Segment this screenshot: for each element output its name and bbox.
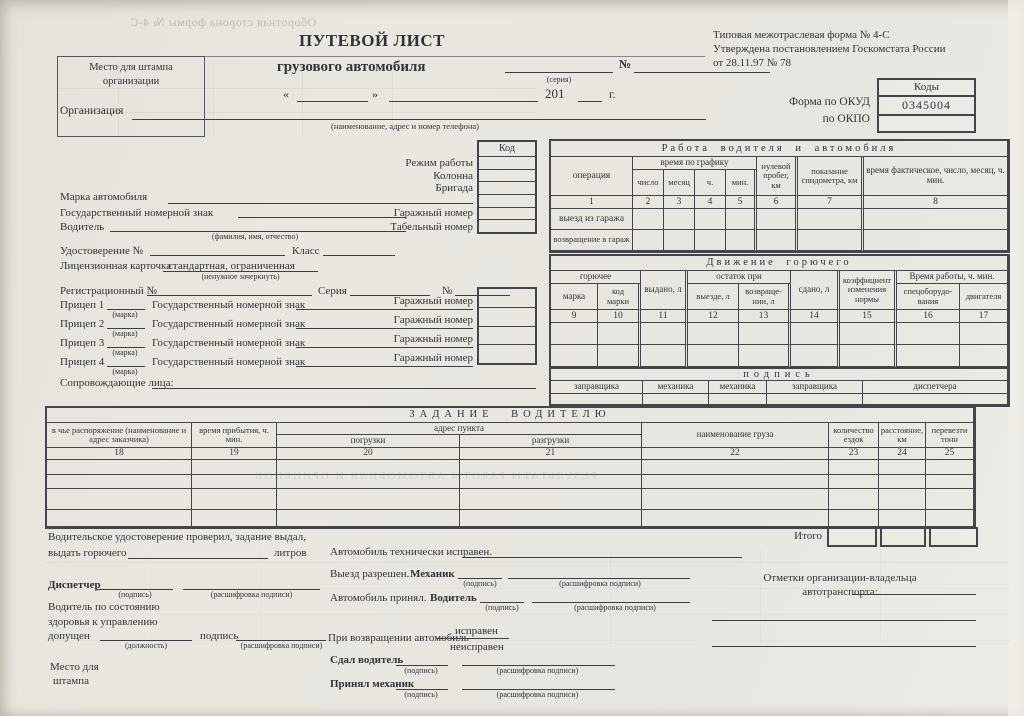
col-day: число [633,170,664,196]
code-cell [479,170,535,183]
trailer-4-label: Прицеп 4 [60,356,104,369]
license-checked-label: Водительское удостоверение проверил, зад… [48,531,306,544]
empty-cell [879,510,926,527]
bleed-gridline [610,548,611,644]
empty-cell [47,475,192,489]
handed-label: Сдал водитель [330,654,403,667]
signature-word: подпись [200,630,238,643]
col-brand: марка [551,284,598,310]
col-num: 1 [551,196,633,209]
code-cell [479,345,535,363]
health-line1: Водитель по состоянию [48,601,160,614]
work-table-title: Работа водителя и автомобиля [551,141,1008,157]
col-num: 6 [757,196,798,209]
empty-cell [960,345,1008,367]
col-arrival-time: время прибытия, ч. мин. [192,423,277,448]
col-schedule-time: время по графику [633,157,757,170]
col-address: адрес пункта [277,423,642,435]
code-cell [479,182,535,195]
strike-note: (ненужное зачеркнуть) [163,273,318,282]
signatures-block: подпись заправщика механика механика зап… [549,367,1010,407]
work-mode-label: Режим работы [370,157,473,170]
okpo-label: по ОКПО [735,113,870,126]
sign-note: (подпись) [385,667,457,676]
col-actual-time: время фактическое, число, месяц, ч. мин. [864,157,1008,196]
quote-open: « [283,88,289,102]
empty-cell [926,489,974,510]
bleed-gridline [45,614,1010,615]
trailer-3-label: Прицеп 3 [60,337,104,350]
strike-line [437,638,509,639]
empty-cell [47,510,192,527]
col-num: 15 [840,310,897,323]
empty-cell [897,323,960,345]
empty-cell [757,209,798,230]
col-num: 8 [864,196,1008,209]
sign-label-mechanic: механика [643,381,709,394]
empty-cell [460,489,642,510]
organization-note: (наименование, адрес и номер телефона) [280,122,530,131]
empty-cell [739,345,791,367]
col-num: 16 [897,310,960,323]
column-label: Колонна [370,170,473,183]
trailer-make-note: (марка) [98,330,152,339]
driver-accept-label: Водитель [430,592,477,605]
col-num: 5 [726,196,757,209]
empty-cell [829,489,879,510]
series-note: (серия) [505,76,613,85]
blank-line-year [578,101,602,102]
empty-cell [926,475,974,489]
sign-decode-note: (расшифровка подписи) [224,642,339,651]
empty-cell [840,323,897,345]
code-box: Код [477,140,537,234]
sign-note: (подпись) [470,604,534,613]
code-cell [479,157,535,170]
trailer-plate-label: Государственный номерной знак [152,337,305,350]
blank-line-escort [152,388,536,389]
col-num: 24 [879,448,926,460]
trailer-make-note: (марка) [98,311,152,320]
blank-line-series [505,72,613,73]
empty-cell [879,489,926,510]
code-cell [479,220,535,232]
quote-close: » [372,88,378,102]
class-label: Класс [292,245,319,258]
trailer-plate-label: Государственный номерной знак [152,299,305,312]
total-label: Итого [747,530,822,543]
empty-cell [642,489,829,510]
blank-line-trailer-plate [296,328,473,329]
sign-decode-note: (расшифровка подписи) [465,667,610,676]
header-rule [205,56,705,57]
organization-label: Организация [60,105,123,118]
blank-line-organization [132,119,706,120]
codes-box: Коды 0345004 [877,78,976,133]
empty-cell [767,394,863,405]
col-num: 12 [688,310,739,323]
position-note: (должность) [100,642,192,651]
col-at-return: возвраще- нии, л [739,284,791,310]
blank-line-tech-ok [462,557,742,558]
col-engine: двигателя [960,284,1008,310]
blank-line-day [297,101,368,102]
fuel-table: Движение горючего горючее выдано, л оста… [549,254,1010,369]
col-num: 10 [598,310,641,323]
col-num: 7 [798,196,864,209]
col-num: 13 [739,310,791,323]
empty-cell [664,209,695,230]
trailer-make-note: (марка) [98,368,152,377]
col-num: 14 [791,310,840,323]
stamp-place-line1: Место для штампа [58,62,204,74]
empty-cell [277,510,460,527]
col-fuel: горючее [551,271,641,284]
okpo-value-empty [879,116,974,131]
trailer-make-note: (марка) [98,349,152,358]
empty-cell [798,230,864,251]
number-sign: № [619,58,631,72]
empty-cell [829,475,879,489]
col-work-time: Время работы, ч. мин. [897,271,1008,284]
col-cargo-name: наименование груза [642,423,829,448]
empty-cell [641,345,688,367]
empty-cell [688,323,739,345]
sign-label-fueler: заправщика [551,381,643,394]
task-table: ЗАДАНИЕ ВОДИТЕЛЮ в чье распоряжение (наи… [45,406,976,529]
col-loading: погрузки [277,435,460,448]
trailer-2-label: Прицеп 2 [60,318,104,331]
total-tons-box [929,527,978,547]
blank-line-trailer-plate [296,366,473,367]
empty-cell [791,323,840,345]
car-accepted-label: Автомобиль принял. [330,592,426,605]
driver-fio-note: (фамилия, имя, отчество) [175,233,335,242]
col-month: месяц [664,170,695,196]
blank-line-registration [147,295,312,296]
registration-label: Регистрационный № [60,285,157,298]
empty-cell [726,209,757,230]
code-box-header: Код [479,142,535,157]
sign-label-mechanic: механика [709,381,767,394]
code-cell [479,289,535,308]
sign-note: (подпись) [97,591,173,600]
empty-cell [551,323,598,345]
empty-cell [897,345,960,367]
empty-cell [642,510,829,527]
okud-label: Форма по ОКУД [735,96,870,109]
okud-value: 0345004 [879,97,974,116]
driver-label: Водитель [60,221,104,234]
empty-cell [460,475,642,489]
form-title: ПУТЕВОЙ ЛИСТ [262,31,482,51]
sign-label-dispatcher: диспетчера [863,381,1008,394]
trailer-1-label: Прицеп 1 [60,299,104,312]
sign-decode-note: (расшифровка подписи) [465,691,610,700]
empty-cell [960,323,1008,345]
dispatcher-label: Диспетчер [48,579,101,592]
scan-edge [1008,0,1024,716]
empty-cell [757,230,798,251]
work-table: Работа водителя и автомобиля операция вр… [549,139,1010,253]
trailer-plate-label: Государственный номерной знак [152,318,305,331]
personnel-number-label: Табельный номер [370,221,473,234]
col-num: 11 [641,310,688,323]
col-num: 17 [960,310,1008,323]
empty-cell [695,230,726,251]
empty-cell [460,460,642,475]
col-num: 19 [192,448,277,460]
empty-cell [551,394,643,405]
col-num: 22 [642,448,829,460]
trailer-garage-label: Гаражный номер [370,333,473,346]
stamp-place-line2: организации [58,76,204,88]
empty-cell [791,345,840,367]
empty-cell [664,230,695,251]
empty-cell [829,460,879,475]
mechanic-label: Механик [410,568,455,581]
bleed-back-note: Оборотная сторона формы № 4-С [58,15,388,30]
col-handed: сдано, л [791,271,840,310]
blank-line-month [389,101,538,102]
col-coefficient: коэффициент изменения нормы [840,271,897,310]
empty-cell [879,475,926,489]
empty-cell [192,475,277,489]
col-num: 23 [829,448,879,460]
empty-cell [926,460,974,475]
departure-allowed-label: Выезд разрешен. [330,568,409,581]
col-zero-run: нулевой пробег, км [757,157,798,196]
empty-cell [642,475,829,489]
empty-cell [598,345,641,367]
col-trips-count: количество ездок [829,423,879,448]
form-subtitle: грузового автомобиля [277,59,426,76]
col-num: 4 [695,196,726,209]
bleed-gridline [213,62,214,136]
year-prefix: 201 [545,87,565,102]
form-type-line2: Утверждена постановлением Госкомстата Ро… [713,43,945,56]
col-distance: расстояние, км [879,423,926,448]
blank-line-owner-notes [712,620,976,621]
form-type-line3: от 28.11.97 № 78 [713,57,791,70]
waybill-form-page: Оборотная сторона формы № 4-С РЕЗУЛЬТАТЫ… [0,0,1024,716]
blank-line-car-make [168,203,473,204]
form-type-line1: Типовая межотраслевая форма № 4-С [713,29,890,42]
code-cell [479,208,535,221]
trailer-plate-label: Государственный номерной знак [152,356,305,369]
col-hour: ч. [695,170,726,196]
unserviceable-label: неисправен [450,641,504,654]
col-brand-code: код марки [598,284,641,310]
blank-line-license [150,255,285,256]
col-tons: перевезти тонн [926,423,974,448]
sign-note: (подпись) [448,580,512,589]
trailer-garage-label: Гаражный номер [370,352,473,365]
owner-notes-line1: Отметки организации-владельца [720,572,960,585]
col-num: 2 [633,196,664,209]
empty-cell [864,230,1008,251]
health-line3: допущен [48,630,90,643]
empty-cell [598,323,641,345]
license-label: Удостоверение № [60,245,143,258]
empty-cell [926,510,974,527]
total-distance-box [880,527,926,547]
code-cell [479,327,535,346]
stamp-place2-line1: Место для [50,661,99,674]
blank-line-number [634,72,770,73]
col-special-equipment: спецоборудо- вания [897,284,960,310]
col-issued: выдано, л [641,271,688,310]
col-num: 9 [551,310,598,323]
empty-cell [840,345,897,367]
health-line2: здоровья к управлению [48,616,158,629]
fuel-table-title: Движение горючего [551,256,1008,271]
owner-notes-line2: автотранспорта: [720,586,960,599]
empty-cell [726,230,757,251]
empty-cell [695,209,726,230]
empty-cell [798,209,864,230]
blank-line-fuel [128,558,268,559]
empty-cell [460,510,642,527]
sign-decode-note: (расшифровка подписи) [183,591,320,600]
car-make-label: Марка автомобиля [60,191,147,204]
code-cell [479,308,535,327]
empty-cell [277,489,460,510]
col-num: 18 [47,448,192,460]
garage-number-label: Гаражный номер [370,207,473,220]
empty-cell [633,230,664,251]
col-num: 25 [926,448,974,460]
blank-line-trailer-plate [296,309,473,310]
stamp-place2-line2: штампа [53,675,89,688]
empty-cell [709,394,767,405]
liters-label: литров [274,547,307,560]
col-num: 21 [460,448,642,460]
sign-label-fueler: заправщика [767,381,863,394]
empty-cell [641,323,688,345]
col-num: 3 [664,196,695,209]
sign-note: (подпись) [385,691,457,700]
col-minute: мин. [726,170,757,196]
codes-title: Коды [879,80,974,97]
empty-cell [688,345,739,367]
blank-line-owner-notes [712,646,976,647]
empty-cell [879,460,926,475]
fuel-to-issue-label: выдать горючего [48,547,127,560]
col-num: 20 [277,448,460,460]
trailer-garage-label: Гаражный номер [370,314,473,327]
trailer-garage-label: Гаражный номер [370,295,473,308]
blank-line-trailer-plate [296,347,473,348]
empty-cell [643,394,709,405]
empty-cell [829,510,879,527]
brigade-label: Бригада [370,182,473,195]
blank-line-owner-notes [852,594,976,595]
empty-cell [277,475,460,489]
task-table-title: ЗАДАНИЕ ВОДИТЕЛЮ [47,408,974,423]
empty-cell [739,323,791,345]
empty-cell [192,510,277,527]
empty-cell [633,209,664,230]
trailer-garage-box [477,287,537,365]
blank-line-class [323,255,395,256]
col-customer: в чье распоряжение (наименование и адрес… [47,423,192,448]
empty-cell [642,460,829,475]
empty-cell [864,209,1008,230]
empty-cell [277,460,460,475]
empty-cell [47,460,192,475]
col-speedometer: показание спидометра, км [798,157,864,196]
col-rest: остаток при [688,271,791,284]
row-label-return: возвращение в гараж [551,230,633,251]
total-trips-box [827,527,877,547]
year-suffix: г. [609,88,616,102]
bleed-gridline [45,562,1010,563]
empty-cell [47,489,192,510]
empty-cell [863,394,1008,405]
code-cell [479,195,535,208]
empty-cell [192,489,277,510]
sign-decode-note: (расшифровка подписи) [525,580,675,589]
empty-cell [551,345,598,367]
license-card-label: Лицензионная карточка [60,260,171,273]
empty-cell [192,460,277,475]
state-plate-label: Государственный номерной знак [60,207,213,220]
sign-decode-note: (расшифровка подписи) [540,604,690,613]
col-operation: операция [551,157,633,196]
series-label: Серия [318,285,347,298]
col-unloading: разгрузки [460,435,642,448]
row-label-depart: выезд из гаража [551,209,633,230]
col-at-exit: выезде, л [688,284,739,310]
signatures-title: подпись [551,369,1008,381]
serviceable-label: исправен [455,625,498,638]
